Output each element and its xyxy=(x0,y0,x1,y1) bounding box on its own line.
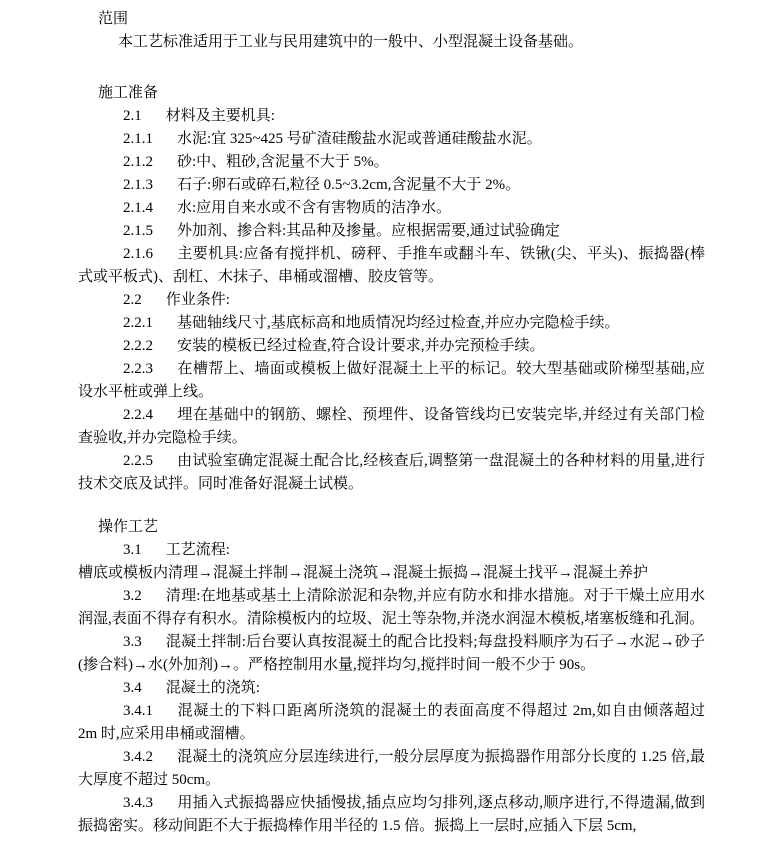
clause-number: 2.1.2 xyxy=(123,154,153,170)
heading-scope: 范围 xyxy=(78,8,705,31)
clause-3-2: 3.2清理:在地基或基土上清除淤泥和杂物,并应有防水和排水措施。对于干燥土应用水… xyxy=(78,585,705,631)
paragraph-scope-body: 本工艺标准适用于工业与民用建筑中的一般中、小型混凝土设备基础。 xyxy=(78,31,705,54)
clause-2-1-2: 2.1.2砂:中、粗砂,含泥量不大于 5%。 xyxy=(78,151,705,174)
clause-text: 水泥:宜 325~425 号矿渣硅酸盐水泥或普通硅酸盐水泥。 xyxy=(177,131,542,147)
clause-number: 2.2.2 xyxy=(123,338,153,354)
clause-number: 2.2 xyxy=(123,292,142,308)
clause-text: 主要机具:应备有搅拌机、磅秤、手推车或翻斗车、铁锹(尖、平头)、振捣器(棒式或平… xyxy=(78,246,705,285)
clause-number: 2.2.5 xyxy=(123,453,153,469)
document-page: 范围 本工艺标准适用于工业与民用建筑中的一般中、小型混凝土设备基础。 施工准备 … xyxy=(0,0,780,859)
clause-2-2-3: 2.2.3在槽帮上、墙面或模板上做好混凝土上平的标记。较大型基础或阶梯型基础,应… xyxy=(78,358,705,404)
clause-text: 混凝土的浇筑应分层连续进行,一般分层厚度为振捣器作用部分长度的 1.25 倍,最… xyxy=(78,749,705,788)
clause-number: 2.2.3 xyxy=(123,361,153,377)
process-flow-line: 槽底或模板内清理→混凝土拌制→混凝土浇筑→混凝土振捣→混凝土找平→混凝土养护 xyxy=(78,562,705,585)
clause-number: 3.4.1 xyxy=(123,703,153,719)
heading-procedure: 操作工艺 xyxy=(78,516,705,539)
clause-3-1: 3.1工艺流程: xyxy=(78,539,705,562)
clause-2-2: 2.2作业条件: xyxy=(78,289,705,312)
clause-number: 2.1 xyxy=(123,108,142,124)
clause-text: 混凝土的下料口距离所浇筑的混凝土的表面高度不得超过 2m,如自由倾落超过 2m … xyxy=(78,703,705,742)
clause-number: 2.1.6 xyxy=(123,246,153,262)
clause-2-1-6: 2.1.6主要机具:应备有搅拌机、磅秤、手推车或翻斗车、铁锹(尖、平头)、振捣器… xyxy=(78,243,705,289)
clause-number: 2.2.4 xyxy=(123,407,153,423)
clause-text: 由试验室确定混凝土配合比,经核查后,调整第一盘混凝土的各种材料的用量,进行技术交… xyxy=(78,453,705,492)
clause-2-1-3: 2.1.3石子:卵石或碎石,粒径 0.5~3.2cm,含泥量不大于 2%。 xyxy=(78,174,705,197)
clause-2-1-1: 2.1.1水泥:宜 325~425 号矿渣硅酸盐水泥或普通硅酸盐水泥。 xyxy=(78,128,705,151)
clause-text: 基础轴线尺寸,基底标高和地质情况均经过检查,并应办完隐检手续。 xyxy=(177,315,620,331)
clause-text: 在槽帮上、墙面或模板上做好混凝土上平的标记。较大型基础或阶梯型基础,应设水平桩或… xyxy=(78,361,705,400)
clause-number: 3.3 xyxy=(123,634,142,650)
clause-text: 砂:中、粗砂,含泥量不大于 5%。 xyxy=(177,154,389,170)
clause-2-1-5: 2.1.5外加剂、掺合料:其品种及掺量。应根据需要,通过试验确定 xyxy=(78,220,705,243)
clause-number: 3.4 xyxy=(123,680,142,696)
clause-text: 混凝土的浇筑: xyxy=(166,680,260,696)
heading-preparation: 施工准备 xyxy=(78,82,705,105)
clause-number: 2.1.4 xyxy=(123,200,153,216)
clause-text: 用插入式振捣器应快插慢拔,插点应均匀排列,逐点移动,顺序进行,不得遗漏,做到振捣… xyxy=(78,795,705,834)
clause-number: 3.4.3 xyxy=(123,795,153,811)
section-gap xyxy=(78,496,705,516)
clause-text: 材料及主要机具: xyxy=(166,108,275,124)
clause-3-4-3: 3.4.3用插入式振捣器应快插慢拔,插点应均匀排列,逐点移动,顺序进行,不得遗漏… xyxy=(78,792,705,838)
clause-2-2-2: 2.2.2安装的模板已经过检查,符合设计要求,并办完预检手续。 xyxy=(78,335,705,358)
section-gap xyxy=(78,54,705,82)
clause-text: 安装的模板已经过检查,符合设计要求,并办完预检手续。 xyxy=(177,338,545,354)
clause-text: 外加剂、掺合料:其品种及掺量。应根据需要,通过试验确定 xyxy=(177,223,560,239)
clause-2-1-4: 2.1.4水:应用自来水或不含有害物质的洁净水。 xyxy=(78,197,705,220)
clause-number: 2.1.5 xyxy=(123,223,153,239)
clause-3-3: 3.3混凝土拌制:后台要认真按混凝土的配合比投料;每盘投料顺序为石子→水泥→砂子… xyxy=(78,631,705,677)
clause-3-4-2: 3.4.2混凝土的浇筑应分层连续进行,一般分层厚度为振捣器作用部分长度的 1.2… xyxy=(78,746,705,792)
clause-3-4-1: 3.4.1混凝土的下料口距离所浇筑的混凝土的表面高度不得超过 2m,如自由倾落超… xyxy=(78,700,705,746)
clause-text: 工艺流程: xyxy=(166,542,230,558)
clause-number: 3.4.2 xyxy=(123,749,153,765)
clause-text: 清理:在地基或基土上清除淤泥和杂物,并应有防水和排水措施。对于干燥土应用水润湿,… xyxy=(78,588,705,627)
clause-number: 2.2.1 xyxy=(123,315,153,331)
clause-text: 混凝土拌制:后台要认真按混凝土的配合比投料;每盘投料顺序为石子→水泥→砂子(掺合… xyxy=(78,634,705,673)
clause-3-4: 3.4混凝土的浇筑: xyxy=(78,677,705,700)
clause-number: 2.1.1 xyxy=(123,131,153,147)
clause-2-2-5: 2.2.5由试验室确定混凝土配合比,经核查后,调整第一盘混凝土的各种材料的用量,… xyxy=(78,450,705,496)
clause-2-2-4: 2.2.4埋在基础中的钢筋、螺栓、预埋件、设备管线均已安装完毕,并经过有关部门检… xyxy=(78,404,705,450)
clause-text: 石子:卵石或碎石,粒径 0.5~3.2cm,含泥量不大于 2%。 xyxy=(177,177,520,193)
clause-number: 3.2 xyxy=(123,588,142,604)
clause-2-2-1: 2.2.1基础轴线尺寸,基底标高和地质情况均经过检查,并应办完隐检手续。 xyxy=(78,312,705,335)
clause-number: 3.1 xyxy=(123,542,142,558)
clause-text: 水:应用自来水或不含有害物质的洁净水。 xyxy=(177,200,451,216)
clause-number: 2.1.3 xyxy=(123,177,153,193)
clause-text: 埋在基础中的钢筋、螺栓、预埋件、设备管线均已安装完毕,并经过有关部门检查验收,并… xyxy=(78,407,705,446)
clause-text: 作业条件: xyxy=(166,292,230,308)
clause-2-1: 2.1材料及主要机具: xyxy=(78,105,705,128)
